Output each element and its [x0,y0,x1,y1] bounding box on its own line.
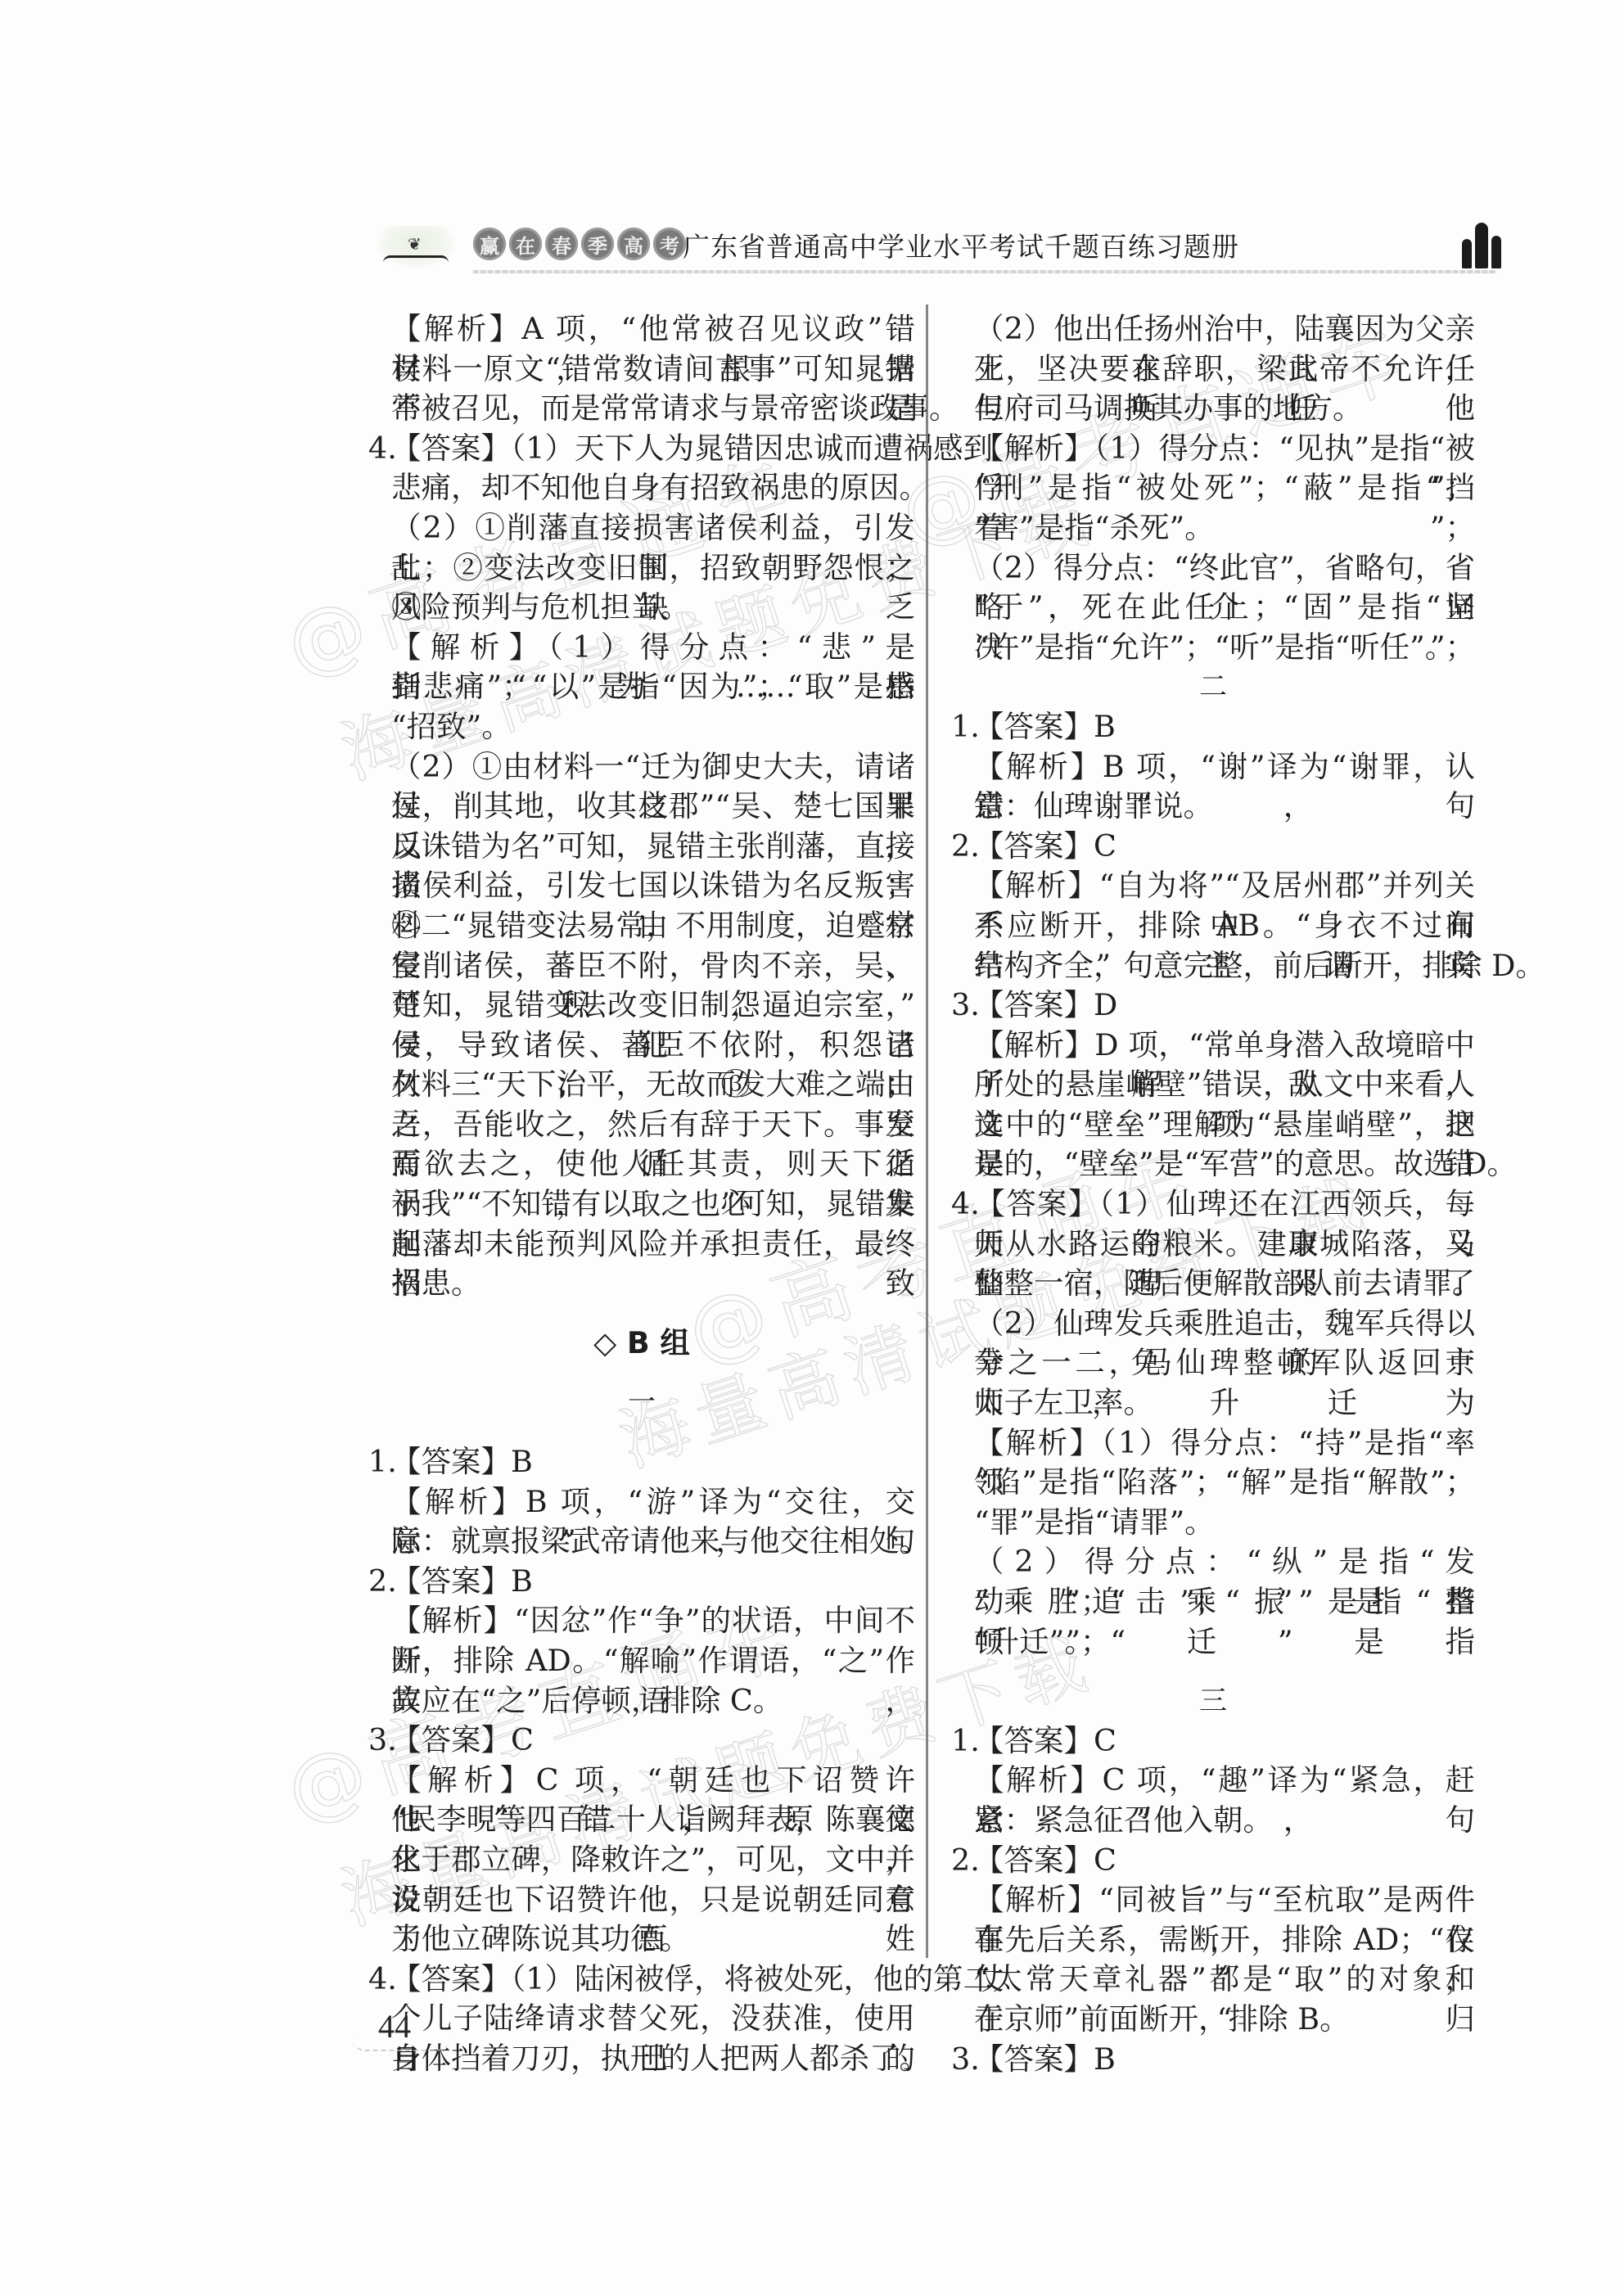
analysis-line: “陷”是指“陷落”；“解”是指“解散”； [951,1463,1475,1503]
analysis-line: （2）仙琕发兵乘胜追击，魏军兵得以幸免的十 [951,1304,1475,1344]
analysis-line: 意：就禀报梁武帝请他来与他交往相处。 [368,1522,915,1562]
analysis-line: 【解析】B 项，“游”译为“交往，交际”，句 [368,1482,915,1522]
text-line: 可知，晁错变法改变旧制，逼迫宗室，侵犯诸 [368,986,915,1026]
answer-text: 【答案】B [391,1563,533,1599]
analysis-line: 整整一宿，随后便解散部队前去请罪。 [951,1264,1475,1304]
analysis-line: （2）得分点：“纵”是指“发动”；“乘”是指 [951,1542,1475,1582]
answer-item: 4.【答案】（1）仙琕还在江西领兵，每天夺取义 [951,1184,1475,1225]
text-line: （2）①削藩直接损害诸侯利益，引发七国之 [368,508,915,548]
item-number: 3. [951,986,974,1026]
text-line: 诸侯利益，引发七国以诛错为名反叛；②由材 [368,866,915,906]
analysis-line: 师从水路运的粮米。建康城陷落，马仙琕哭了 [951,1225,1475,1265]
item-number: 1. [951,1721,974,1761]
flourish-ornament-icon [352,2038,450,2051]
item-number: 2. [368,1562,391,1602]
text-line: 上，坚决要求辞职，梁武帝不允许，但听任他 [951,350,1475,390]
answer-text: 【答案】B [391,1444,533,1479]
analysis-line: 结构齐全，句意完整，前后断开，排除 D。 [951,946,1475,986]
text-line: 【解析】（1）得分点：“悲”是指“为……感 [368,628,915,668]
analysis-line: 身体挡着刀刃，执刑的人把两人都杀了。 [368,2039,915,2079]
analysis-line: 个儿子陆绛请求替父死，没获准，使用自己的 [368,1999,915,2039]
analysis-line: 【解析】B 项，“谢”译为“谢罪，认错”，句 [951,747,1475,787]
left-column: 【解析】A 项，“他常被召见议政”错误，根据 材料一原文“错常数请间言事”可知晁… [368,309,915,2079]
answer-text: 【答案】C [974,828,1116,864]
text-line: （2）他出任扬州治中，陆襄因为父亲死在此任 [951,309,1475,350]
runners-icon [1457,216,1506,268]
answer-text: 【答案】B [974,709,1116,744]
analysis-line: 说朝廷也下诏赞许他，只是说朝廷同意了百姓 [368,1880,915,1920]
text-line: 之，吾能收之，然后有辞于天下。事至而循循 [368,1105,915,1145]
answer-item: 2.【答案】C [951,827,1475,867]
answer-item: 2.【答案】B [368,1562,915,1602]
text-line: 焉欲去之，使他人任其责，则天下之祸，必集 [368,1144,915,1184]
text-line: 乱；②变法改变旧制，招致朝野怨恨；③缺乏 [368,548,915,589]
document-page: ❦ 赢 在 春 季 高 考 广东省普通高中学业水平考试千题百练习题册 @高考直通… [0,0,1624,2296]
sprout-icon: ❦ [408,236,422,252]
answer-item-4: 4.【答案】（1）天下人为晁错因忠诚而遭祸感到 [368,429,915,469]
text-line: 侯，导致诸侯、蕃臣不依附，积怨已久；③由 [368,1026,915,1066]
analysis-line: 开，排除 AD。“解喻”作谓语，“之”作宾语， [368,1641,915,1681]
item-number: 1. [951,707,974,747]
series-badge: 春 [545,228,578,260]
item-number: 4. [368,429,391,469]
answer-text: 【答案】C [974,1723,1116,1758]
analysis-line: “乘胜追击”；“振”是指“整顿”；“迁”是指 [951,1582,1475,1622]
series-badge: 考 [653,228,686,260]
text-line: “于”，死在此任上；“固”是指“坚决”； [951,588,1475,628]
text-line: 【答案】（1）天下人为晁错因忠诚而遭祸感到 [391,431,993,466]
answer-item: 2.【答案】C [951,1841,1475,1881]
open-book-icon [383,255,449,263]
answer-item: 3.【答案】D [951,986,1475,1026]
item-number: 2. [951,827,974,867]
answer-text: 【答案】（1）陆闲被俘，将被处死，他的第二 [391,1961,993,1996]
answer-item: 1.【答案】B [368,1442,915,1482]
header-rule [473,270,1496,273]
item-number: 4. [951,1184,974,1225]
text-line: 于我”“不知错有以取之也”可知，晁错发起 [368,1184,915,1225]
text-line: 料二“晁错变法易常，不用制度，迫蹙宗室， [368,906,915,946]
answer-item: 1.【答案】B [951,707,1475,747]
analysis-line: 误的，“壁垒”是“军营”的意思。故选 D。 [951,1144,1475,1184]
answer-item: 1.【答案】C [951,1721,1475,1761]
section-heading: 三 [951,1681,1475,1721]
text-line: “刑”是指“被处死”；“蔽”是指“挡着”； [951,468,1475,508]
text-line: 【解析】（1）得分点：“见执”是指“被俘”； [951,429,1475,469]
item-number: 1. [368,1442,391,1482]
series-badge: 在 [509,228,542,260]
group-title: ◇ B 组 [368,1324,915,1364]
item-number: 3. [368,1721,391,1761]
text-line: “许”是指“允许”；“听”是指“听任”。 [951,628,1475,668]
book-logo-icon: ❦ [377,226,455,268]
text-line: 到悲痛”；“以”是指“因为”；“取”是指 [368,667,915,707]
analysis-line: 【解析】C 项，“趣”译为“紧急，赶紧”，句 [951,1761,1475,1801]
analysis-line: 【解析】“同被旨”与“至杭取”是两件事，存 [951,1880,1475,1920]
item-number: 2. [951,1841,974,1881]
item-number: 3. [951,2040,974,2080]
text-line: （2）得分点：“终此官”，省略句，省略介词 [951,548,1475,589]
section-heading: 一 [368,1383,915,1423]
answer-text: 【答案】C [391,1722,534,1757]
text-line: 侵削诸侯，蕃臣不附，骨肉不亲，吴、楚积怨” [368,946,915,986]
right-column: （2）他出任扬州治中，陆襄因为父亲死在此任 上，坚决要求辞职，梁武帝不允许，但听… [951,309,1475,2079]
analysis-line: 分之一二，马仙琕整顿军队返回京师，升迁为 [951,1343,1475,1383]
book-title: 广东省普通高中学业水平考试千题百练习题册 [683,226,1239,264]
text-line: 以诛错为名”可知，晁错主张削藩，直接损害 [368,827,915,867]
section-heading: 二 [951,667,1475,707]
analysis-line: 所处的悬崖峭壁”错误，从文中来看，选项把 [951,1065,1475,1105]
text-line: 材料三“天下治平，无故而发大难之端；吾发 [368,1065,915,1105]
text-line: 常被召见，而是常常请求与景帝密谈政事。 [368,389,915,429]
text-line: “招致”。 [368,707,915,747]
answer-item: 4.【答案】（1）陆闲被俘，将被处死，他的第二 [368,1960,915,2000]
answer-text: 【答案】C [974,1843,1116,1878]
series-badge: 高 [617,228,650,260]
text-line: 材料一原文“错常数请间言事”可知晁错不是 [368,350,915,390]
item-number: 4. [368,1960,391,2000]
text-line: 过，削其地，收其枝郡”“吴、楚七国果反， [368,787,915,827]
series-badge: 季 [581,228,614,260]
analysis-line: 文中的“壁垒”理解为“悬崖峭壁”，这是错 [951,1105,1475,1145]
answer-text: 【答案】B [974,2041,1116,2077]
text-line: 削藩却未能预判风险并承担责任，最终招致 [368,1225,915,1265]
analysis-line: 【解析】D 项，“常单身潜入敌境暗中了解敌人 [951,1026,1475,1066]
analysis-line: 【解析】（1）得分点：“持”是指“率领”； [951,1423,1475,1464]
analysis-line: 【解析】“自为将”“及居州郡”并列关系中间 [951,866,1475,906]
analysis-line: 求于郡立碑，降敕许之”，可见，文中并没有 [368,1840,915,1880]
analysis-line: “罪”是指“请罪”。 [951,1503,1475,1543]
analysis-line: “民李晛等四百二十人诣阙拜表，陈襄德化， [368,1800,915,1840]
text-line: 悲痛，却不知他自身有招致祸患的原因。 [368,468,915,508]
column-divider [926,304,928,1958]
text-line: （2）①由材料一“迁为御史大夫，请诸侯之罪 [368,747,915,787]
answer-text: 【答案】D [974,987,1117,1022]
analysis-line: 不应断开，排除 AB。“身衣不过布帛”主谓宾 [951,906,1475,946]
answer-item: 3.【答案】B [951,2040,1475,2080]
analysis-line: 【解析】“因忿”作“争”的状语，中间不断 [368,1601,915,1641]
analysis-line: 【解析】C 项，“朝廷也下诏赞许他”错，原文 [368,1761,915,1801]
running-header: ❦ 赢 在 春 季 高 考 广东省普通高中学业水平考试千题百练习题册 [377,221,1490,278]
analysis-line: 在先后关系，需断开，排除 AD；“仪仗”和 [951,1920,1475,1960]
series-badges: 赢 在 春 季 高 考 [473,228,686,260]
analysis-line: “太常天章礼器”都是“取”的对象，在“归 [951,1960,1475,2000]
answer-item: 3.【答案】C [368,1721,915,1761]
text-line: 【解析】A 项，“他常被召见议政”错误，根据 [368,309,915,350]
series-badge: 赢 [473,228,506,260]
